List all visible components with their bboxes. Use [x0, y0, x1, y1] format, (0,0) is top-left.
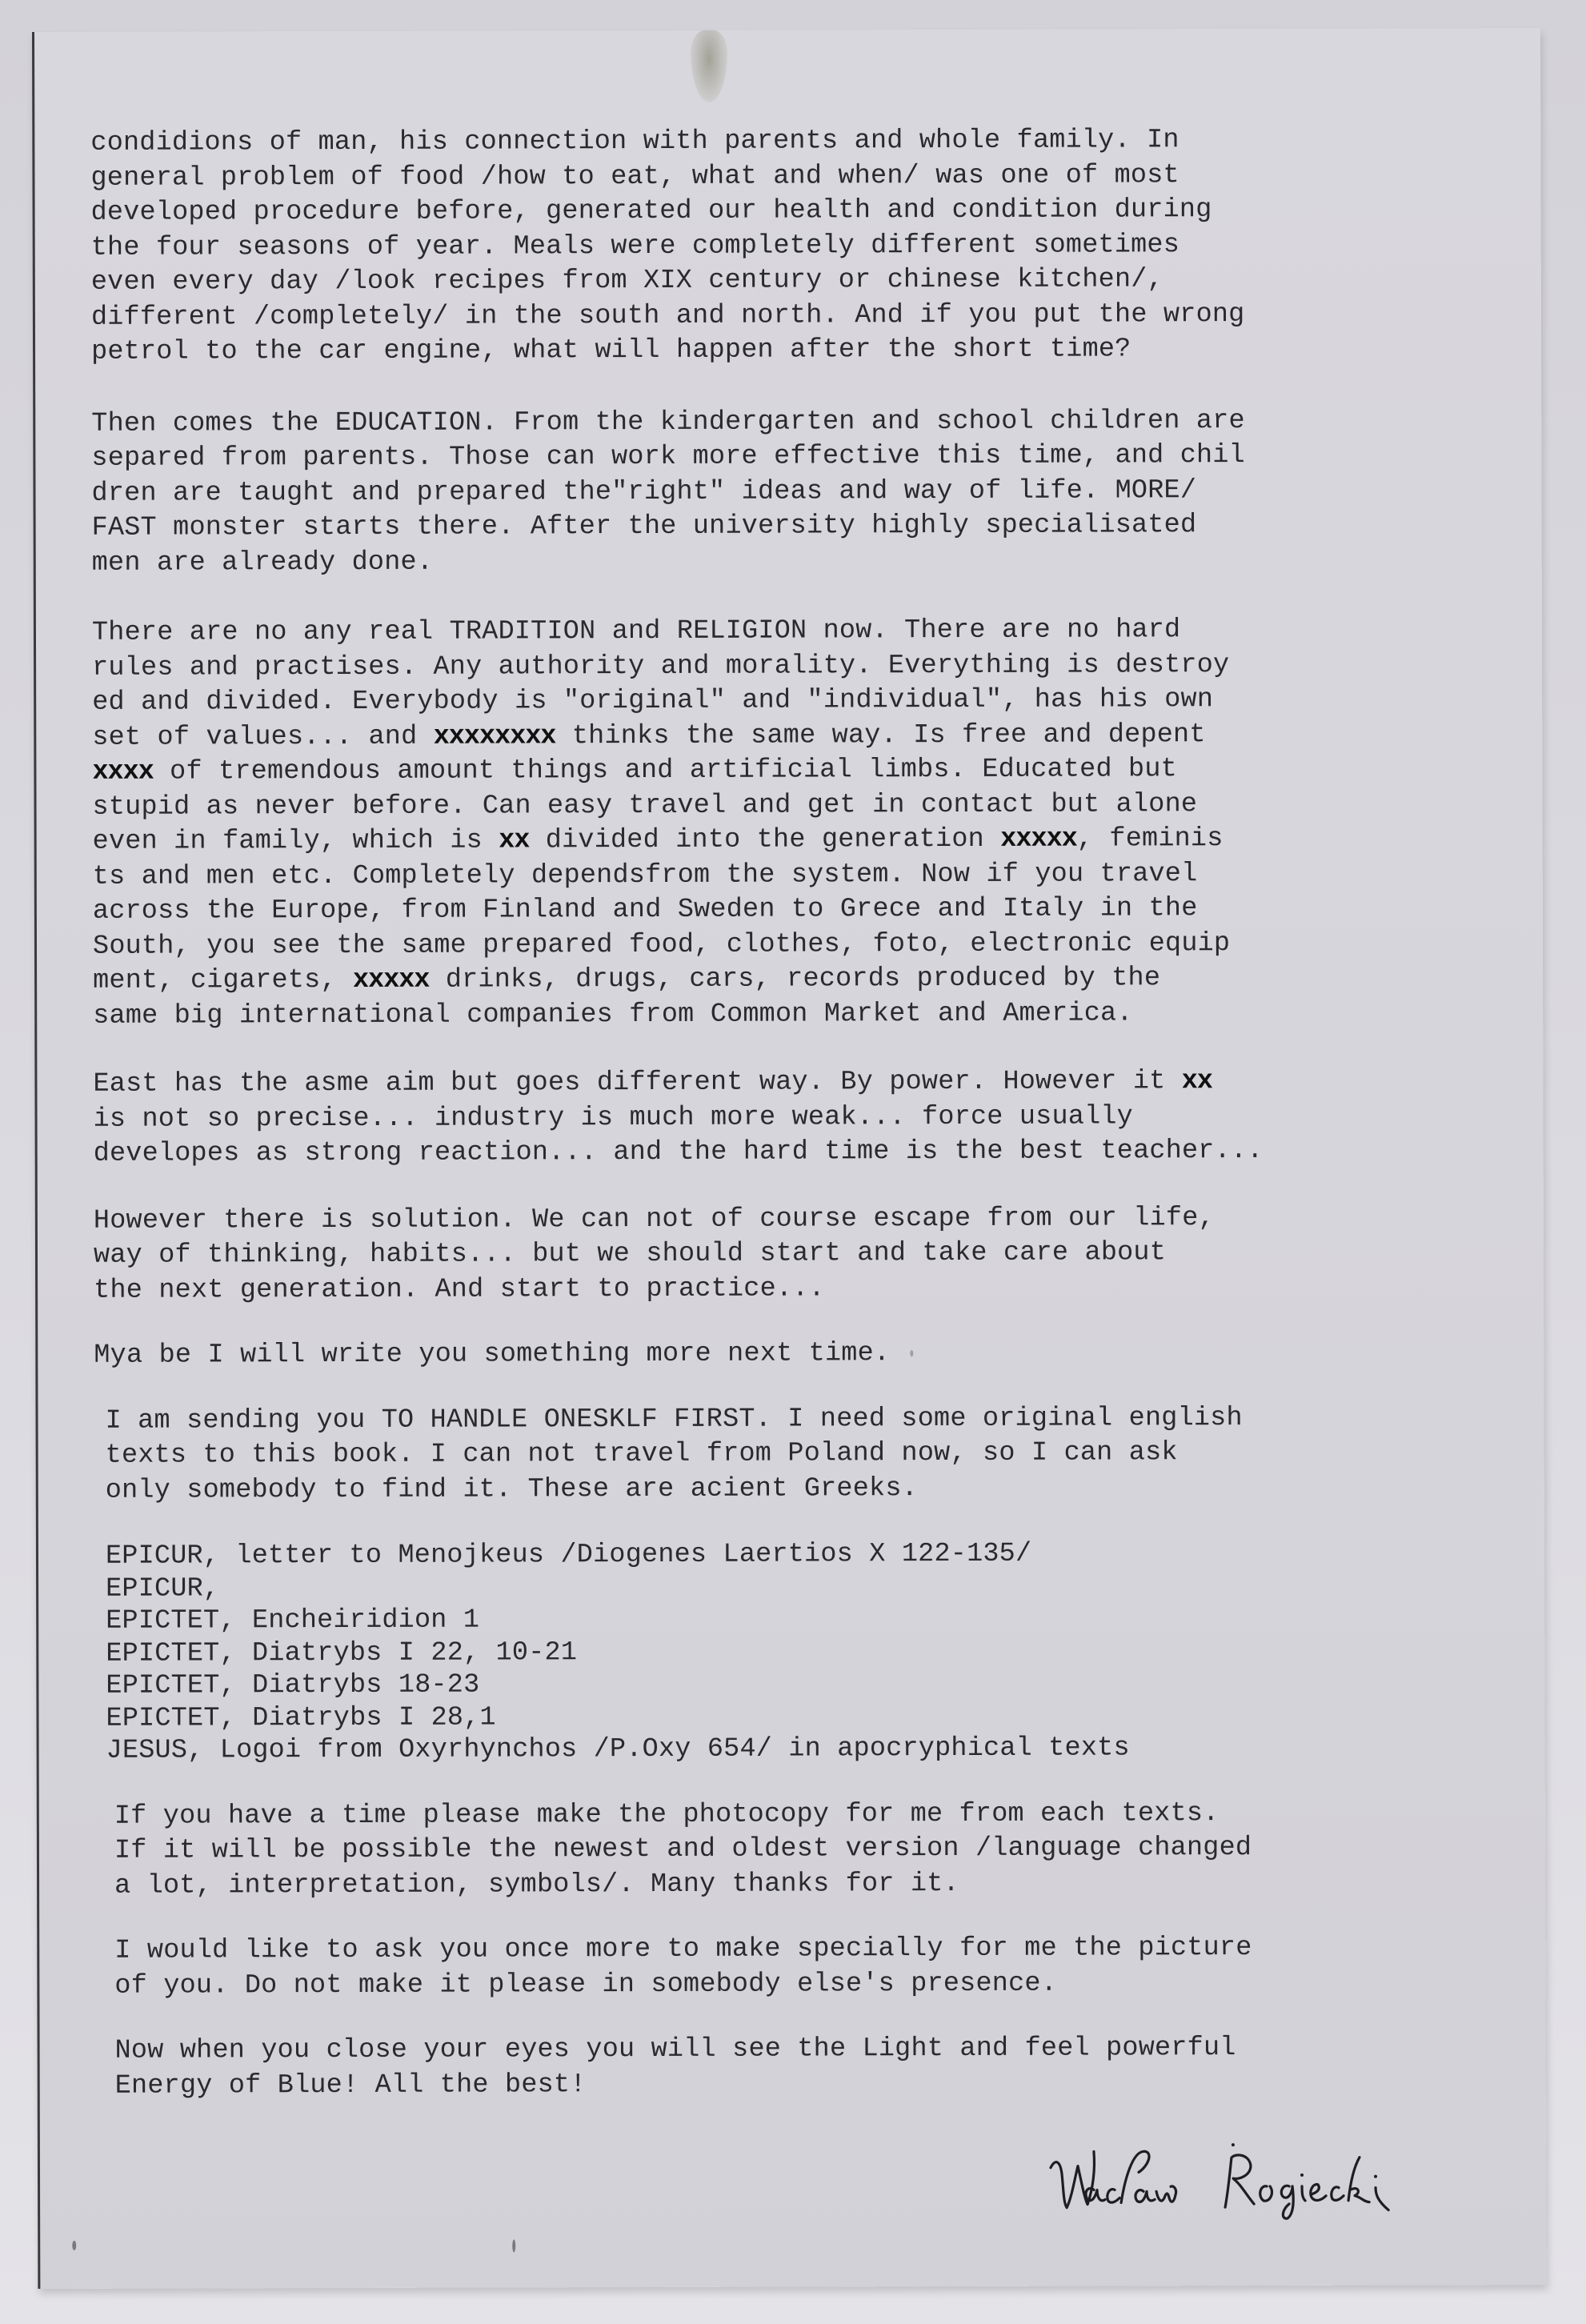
text-line: I would like to ask you once more to mak… [114, 1930, 1536, 1969]
text-line: even in family, which is xx divided into… [93, 821, 1533, 859]
text-line: way of thinking, habits... but we should… [94, 1235, 1534, 1273]
handwritten-signature [1044, 2133, 1444, 2222]
signature-strokes [1044, 2133, 1444, 2222]
text-line: even every day /look recipes from XIX ce… [91, 262, 1532, 300]
letter-sheet: condidions of man, his connection with p… [32, 28, 1546, 2289]
paragraph-p11: Now when you close your eyes you will se… [96, 2030, 1536, 2104]
text-line: developed procedure before, generated ou… [91, 192, 1532, 230]
text-line: general problem of food /how to eat, wha… [90, 158, 1531, 196]
paragraph-p6: Mya be I will write you something more n… [94, 1335, 1534, 1373]
text-line: men are already done. [92, 543, 1532, 581]
text-line: However there is solution. We can not of… [94, 1200, 1534, 1239]
text-line: There are no any real TRADITION and RELI… [92, 612, 1532, 651]
text-line: stupid as never before. Can easy travel … [92, 787, 1532, 825]
text-line: ment, cigarets, xxxxx drinks, drugs, car… [93, 960, 1533, 999]
text-line: JESUS, Logoi from Oxyrhynchos /P.Oxy 654… [106, 1731, 1536, 1767]
text-line: Now when you close your eyes you will se… [115, 2030, 1536, 2069]
paragraph-p1: condidions of man, his connection with p… [90, 122, 1532, 370]
text-line: developes as strong reaction... and the … [94, 1133, 1534, 1172]
text-line: EPICTET, Diatrybs 18-23 [106, 1666, 1535, 1702]
paragraph-p9: If you have a time please make the photo… [95, 1796, 1536, 1904]
text-line: different /completely/ in the south and … [91, 297, 1532, 335]
text-line: xxxx of tremendous amount things and art… [92, 751, 1532, 790]
text-line: petrol to the car engine, what will happ… [91, 331, 1532, 370]
text-line: Mya be I will write you something more n… [94, 1335, 1534, 1373]
text-line: Energy of Blue! All the best! [115, 2066, 1536, 2104]
text-line: across the Europe, from Finland and Swed… [93, 891, 1533, 929]
paragraph-p10: I would like to ask you once more to mak… [95, 1930, 1536, 2004]
text-line: ts and men etc. Completely dependsfrom t… [93, 856, 1533, 895]
text-line: FAST monster starts there. After the uni… [92, 507, 1532, 546]
text-line: the next generation. And start to practi… [94, 1270, 1534, 1308]
typed-strikeout: xxxxx [353, 965, 430, 996]
paragraph-p4: East has the asme aim but goes different… [93, 1064, 1533, 1172]
text-line: Then comes the EDUCATION. From the kinde… [91, 403, 1532, 442]
paragraph-p3: There are no any real TRADITION and RELI… [92, 612, 1533, 1034]
paragraph-p5: However there is solution. We can not of… [94, 1200, 1534, 1308]
text-line: condidions of man, his connection with p… [90, 122, 1531, 161]
letter-body: condidions of man, his connection with p… [90, 122, 1536, 2104]
text-line: dren are taught and prepared the"right" … [91, 473, 1532, 511]
text-line: If it will be possible the newest and ol… [114, 1830, 1536, 1869]
text-line: separed from parents. Those can work mor… [91, 438, 1532, 476]
text-line: East has the asme aim but goes different… [93, 1064, 1533, 1102]
text-line: same big international companies from Co… [93, 996, 1533, 1034]
text-line: EPICTET, Diatrybs I 28,1 [106, 1699, 1535, 1735]
text-line: EPICUR, [106, 1569, 1535, 1605]
typed-strikeout: xxxxx [1000, 824, 1077, 855]
text-line: rules and practises. Any authority and m… [92, 647, 1532, 686]
text-line: EPICTET, Encheiridion 1 [106, 1601, 1535, 1637]
paper-speck [72, 2241, 76, 2250]
typed-strikeout: xxxxxxxx [434, 721, 556, 751]
paragraph-p7: I am sending you TO HANDLE ONESKLF FIRST… [94, 1400, 1534, 1509]
text-line: of you. Do not make it please in somebod… [114, 1965, 1536, 2004]
text-line: a lot, interpretation, symbols/. Many th… [114, 1865, 1536, 1904]
text-line: EPICTET, Diatrybs I 22, 10-21 [106, 1634, 1535, 1670]
text-line: texts to this book. I can not travel fro… [106, 1435, 1535, 1473]
text-line: ed and divided. Everybody is "original" … [92, 682, 1532, 720]
text-line: South, you see the same prepared food, c… [93, 926, 1533, 964]
text-line: I am sending you TO HANDLE ONESKLF FIRST… [105, 1400, 1534, 1439]
paragraph-p8: EPICUR, letter to Menojkeus /Diogenes La… [94, 1537, 1536, 1767]
typed-strikeout: xx [1182, 1066, 1212, 1096]
paragraph-p2: Then comes the EDUCATION. From the kinde… [91, 403, 1532, 581]
typed-strikeout: xxxx [92, 757, 154, 787]
paper-speck [512, 2239, 515, 2252]
text-line: the four seasons of year. Meals were com… [91, 227, 1532, 266]
text-line: If you have a time please make the photo… [114, 1796, 1536, 1834]
text-line: set of values... and xxxxxxxx thinks the… [92, 717, 1532, 755]
text-line: only somebody to find it. These are acie… [106, 1470, 1535, 1509]
text-line: is not so precise... industry is much mo… [94, 1099, 1534, 1137]
typed-strikeout: xx [499, 825, 529, 855]
paper-stain [691, 30, 727, 102]
text-line: EPICUR, letter to Menojkeus /Diogenes La… [106, 1537, 1535, 1573]
